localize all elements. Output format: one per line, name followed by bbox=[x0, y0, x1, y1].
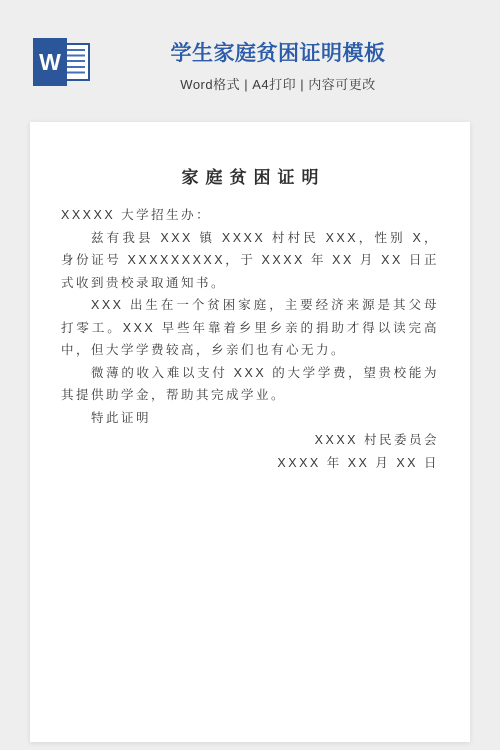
document-page: 家庭贫困证明 XXXXX 大学招生办： 兹有我县 XXX 镇 XXXX 村村民 … bbox=[30, 122, 470, 742]
signature-date: XXXX 年 XX 月 XX 日 bbox=[61, 452, 439, 475]
template-title: 学生家庭贫困证明模板 bbox=[56, 42, 500, 66]
closing-line: 特此证明 bbox=[61, 407, 439, 430]
header-text-block: 学生家庭贫困证明模板 Word格式 | A4打印 | 内容可更改 bbox=[56, 42, 500, 93]
signature-block: XXXX 村民委员会 XXXX 年 XX 月 XX 日 bbox=[61, 429, 439, 474]
signature-org: XXXX 村民委员会 bbox=[61, 429, 439, 452]
template-subtitle: Word格式 | A4打印 | 内容可更改 bbox=[56, 74, 500, 93]
document-title: 家庭贫困证明 bbox=[61, 168, 439, 188]
salutation-line: XXXXX 大学招生办： bbox=[61, 204, 439, 227]
document-body: XXXXX 大学招生办： 兹有我县 XXX 镇 XXXX 村村民 XXX，性别 … bbox=[61, 204, 439, 474]
paragraph-2: XXX 出生在一个贫困家庭，主要经济来源是其父母打零工。XXX 早些年靠着乡里乡… bbox=[61, 294, 439, 362]
paragraph-3: 微薄的收入难以支付 XXX 的大学学费，望贵校能为其提供助学金，帮助其完成学业。 bbox=[61, 362, 439, 407]
header: W 学生家庭贫困证明模板 Word格式 | A4打印 | 内容可更改 bbox=[0, 0, 500, 122]
paragraph-1: 兹有我县 XXX 镇 XXXX 村村民 XXX，性别 X，身份证号 XXXXXX… bbox=[61, 227, 439, 295]
template-preview-screen: W 学生家庭贫困证明模板 Word格式 | A4打印 | 内容可更改 家庭贫困证… bbox=[0, 0, 500, 742]
